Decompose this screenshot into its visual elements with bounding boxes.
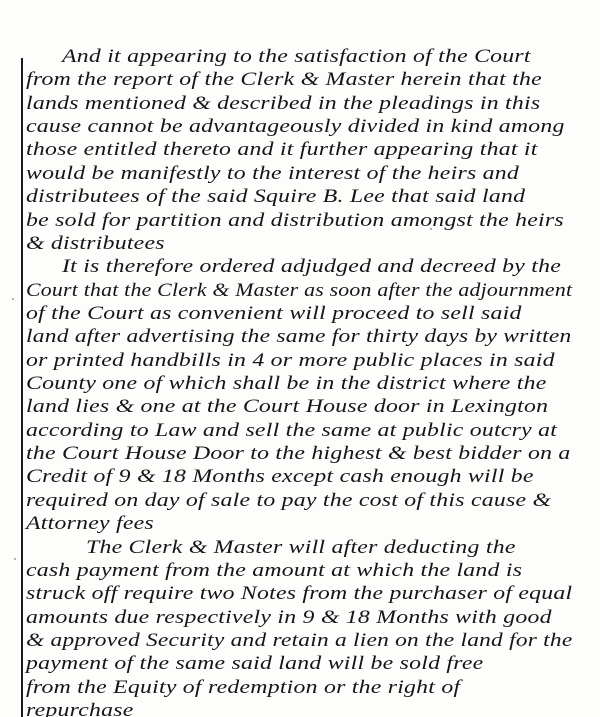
text-line: County one of which shall be in the dist… xyxy=(26,373,547,395)
text-line: required on day of sale to pay the cost … xyxy=(26,490,551,512)
document-page: And it appearing to the satisfaction of … xyxy=(0,0,600,717)
text-line: & distributees xyxy=(26,233,165,255)
text-line: Credit of 9 & 18 Months except cash enou… xyxy=(26,466,534,488)
scan-speck xyxy=(12,298,14,300)
text-line: It is therefore ordered adjudged and dec… xyxy=(62,256,561,278)
text-line: distributees of the said Squire B. Lee t… xyxy=(26,186,525,208)
text-line: amounts due respectively in 9 & 18 Month… xyxy=(26,607,552,629)
text-line: from the Equity of redemption or the rig… xyxy=(26,677,460,699)
text-line: or printed handbills in 4 or more public… xyxy=(26,350,555,372)
text-line: Attorney fees xyxy=(26,513,154,535)
text-line: be sold for partition and distribution a… xyxy=(26,210,564,232)
scan-speck xyxy=(14,558,16,560)
text-line: those entitled thereto and it further ap… xyxy=(26,139,538,161)
scan-speck xyxy=(520,645,522,647)
text-line: the Court House Door to the highest & be… xyxy=(26,443,571,465)
text-line: of the Court as convenient will proceed … xyxy=(26,303,522,325)
text-line: payment of the same said land will be so… xyxy=(26,653,483,675)
scan-speck xyxy=(430,228,432,230)
text-line: cause cannot be advantageously divided i… xyxy=(26,116,565,138)
text-line: repurchase xyxy=(26,700,134,717)
text-line: according to Law and sell the same at pu… xyxy=(26,420,557,442)
text-line: lands mentioned & described in the plead… xyxy=(26,93,540,115)
text-line: land lies & one at the Court House door … xyxy=(26,396,548,418)
text-line: & approved Security and retain a lien on… xyxy=(26,630,572,652)
text-line: cash payment from the amount at which th… xyxy=(26,560,522,582)
text-line: The Clerk & Master will after deducting … xyxy=(86,537,516,559)
left-margin-rule xyxy=(21,58,23,717)
text-line: struck off require two Notes from the pu… xyxy=(26,583,572,605)
text-line: Court that the Clerk & Master as soon af… xyxy=(26,280,572,302)
text-line: would be manifestly to the interest of t… xyxy=(26,163,519,185)
text-line: land after advertising the same for thir… xyxy=(26,326,572,348)
text-line: And it appearing to the satisfaction of … xyxy=(62,46,531,68)
scan-speck xyxy=(470,545,472,547)
text-line: from the report of the Clerk & Master he… xyxy=(26,69,542,91)
